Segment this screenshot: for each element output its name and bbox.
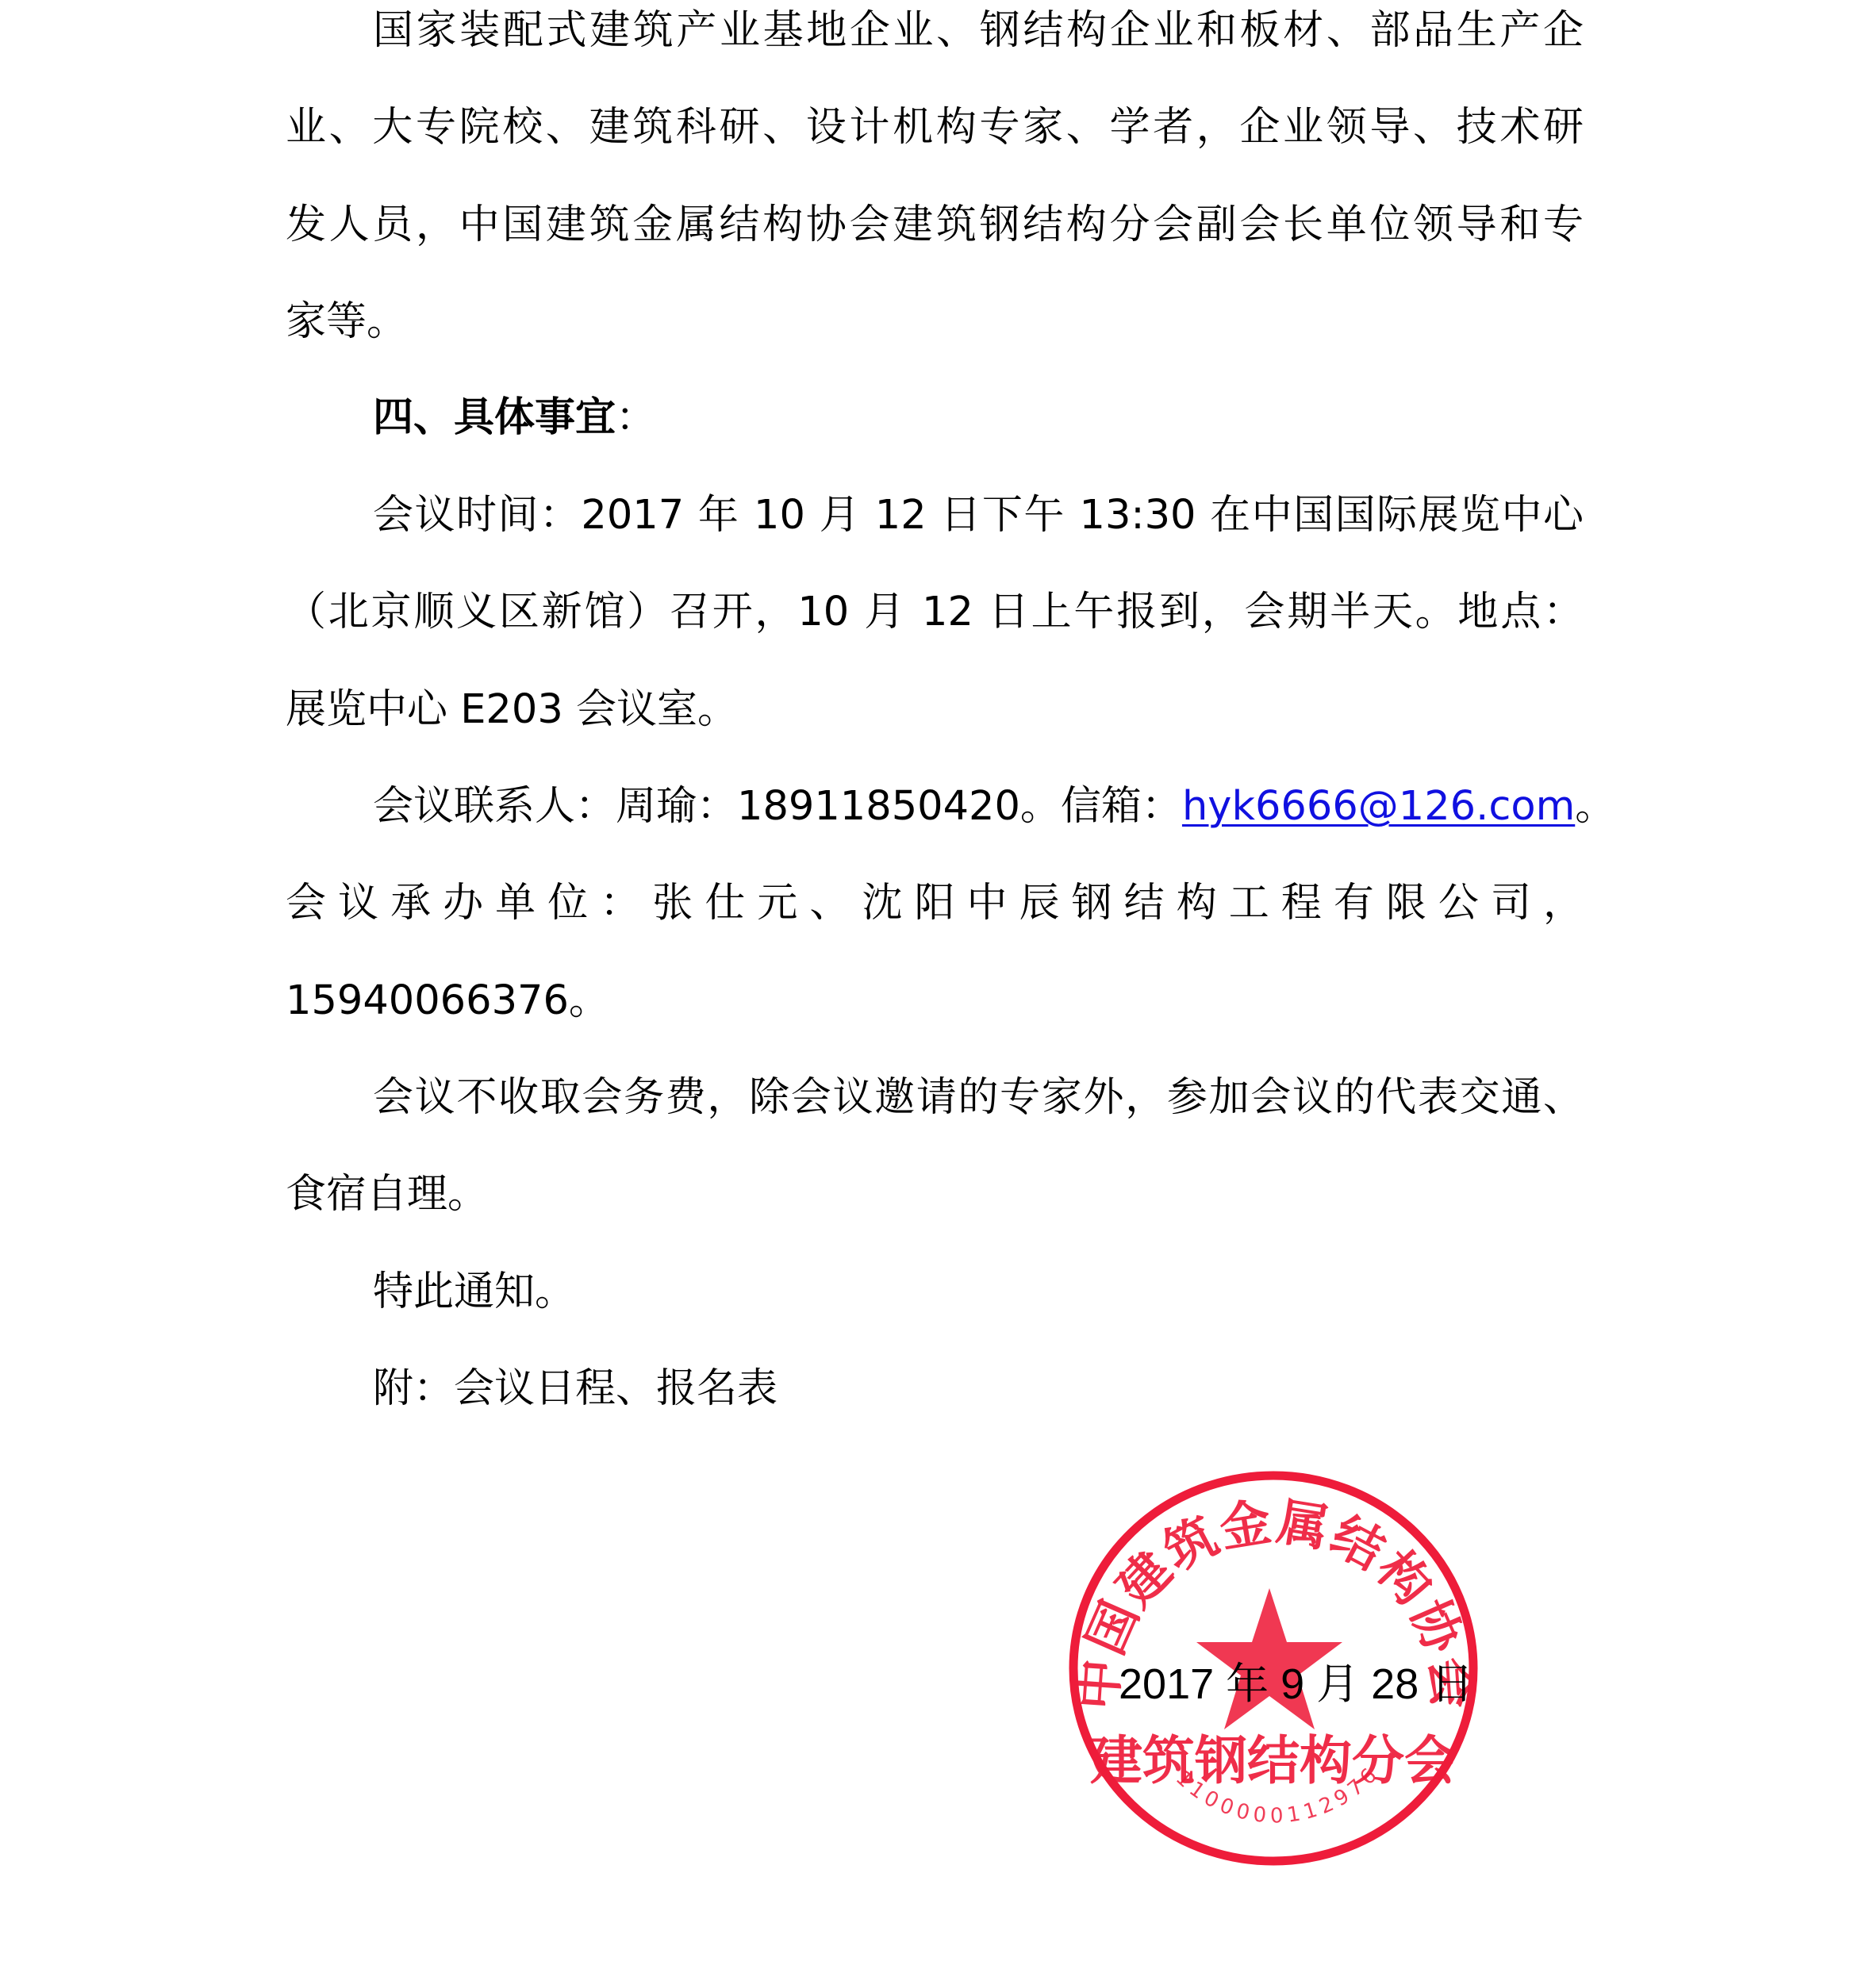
paragraph-line: 家等。 [286,294,1584,350]
seal-center-text: 建筑钢结构分会 [1090,1729,1457,1791]
contact-line: 会议联系人：周瑜：18911850420。信箱：hyk6666@126.com。 [373,779,1584,835]
meeting-time-line: 展览中心 E203 会议室。 [286,682,1584,738]
contact-prefix: 会议联系人：周瑜：18911850420。信箱： [373,783,1182,830]
section-heading-colon: ： [616,394,656,441]
section-heading: 四、具体事宜： [373,390,1584,446]
section-heading-text: 四、具体事宜 [373,394,616,441]
document-date: 2017 年 9 月 28 日 [1119,1656,1473,1712]
organizer-line: 会议承办单位：张仕元、沈阳中辰钢结构工程有限公司， [286,876,1584,931]
meeting-time-line: （北京顺义区新馆）召开，10 月 12 日上午报到，会期半天。地点： [286,585,1584,640]
paragraph-line: 业、大专院校、建筑科研、设计机构专家、学者，企业领导、技术研 [286,100,1584,155]
organizer-phone: 15940066376。 [286,973,1584,1029]
paragraph-line: 国家装配式建筑产业基地企业、钢结构企业和板材、部品生产企 [373,3,1584,59]
contact-suffix: 。 [1575,783,1615,830]
meeting-time-line: 会议时间：2017 年 10 月 12 日下午 13:30 在中国国际展览中心 [373,488,1584,543]
fees-line: 会议不收取会务费，除会议邀请的专家外，参加会议的代表交通、 [373,1070,1584,1126]
paragraph-line: 发人员，中国建筑金属结构协会建筑钢结构分会副会长单位领导和专 [286,198,1584,253]
notice-text: 特此通知。 [373,1265,1584,1320]
fees-line: 食宿自理。 [286,1167,1584,1222]
attachment-text: 附：会议日程、报名表 [373,1361,1584,1417]
email-link[interactable]: hyk6666@126.com [1182,783,1575,830]
